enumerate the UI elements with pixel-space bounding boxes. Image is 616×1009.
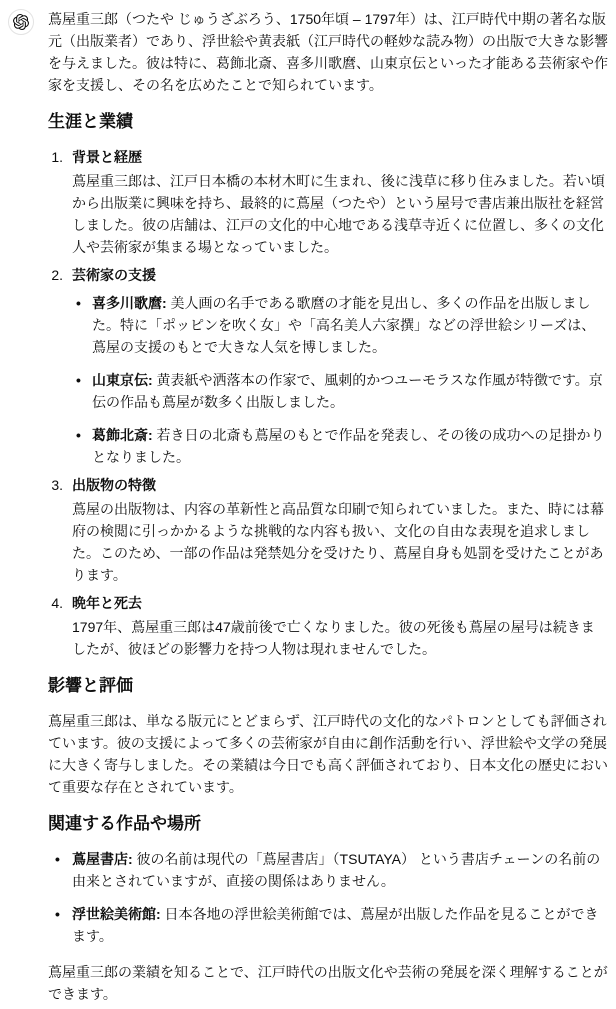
list-item-title: 芸術家の支援 <box>72 264 608 286</box>
list-number: 1. <box>48 146 72 258</box>
message-content: 蔦屋重三郎（つたや じゅうざぶろう、1750年頃 – 1797年）は、江戸時代中… <box>48 8 608 1005</box>
closing-paragraph: 蔦屋重三郎の業績を知ることで、江戸時代の出版文化や芸術の発展を深く理解することが… <box>48 961 608 1005</box>
heading-related-works-places: 関連する作品や場所 <box>48 812 608 836</box>
numbered-list: 1. 背景と経歴 蔦屋重三郎は、江戸日本橋の本材木町に生まれ、後に浅草に移り住み… <box>48 146 608 660</box>
heading-influence-evaluation: 影響と評価 <box>48 674 608 698</box>
assistant-message: 蔦屋重三郎（つたや じゅうざぶろう、1750年頃 – 1797年）は、江戸時代中… <box>0 0 616 1009</box>
bullet-term: 山東京伝: <box>92 372 153 388</box>
influence-paragraph: 蔦屋重三郎は、単なる版元にとどまらず、江戸時代の文化的なパトロンとしても評価され… <box>48 710 608 798</box>
bullet-icon: • <box>72 369 92 413</box>
list-item-title: 晩年と死去 <box>72 592 608 614</box>
related-bullet-list: • 蔦屋書店: 彼の名前は現代の「蔦屋書店」（TSUTAYA） という書店チェー… <box>48 848 608 947</box>
list-number: 4. <box>48 592 72 660</box>
bullet-desc: 美人画の名手である歌麿の才能を見出し、多くの作品を出版しました。特に「ポッピンを… <box>92 295 595 355</box>
list-item-publications: 3. 出版物の特徴 蔦屋の出版物は、内容の革新性と高品質な印刷で知られていました… <box>48 474 608 586</box>
bullet-icon: • <box>72 292 92 358</box>
bullet-desc: 黄表紙や洒落本の作家で、風刺的かつユーモラスな作風が特徴です。京伝の作品も蔦屋が… <box>92 372 603 410</box>
list-number: 3. <box>48 474 72 586</box>
bullet-item-tsutaya-shoten: • 蔦屋書店: 彼の名前は現代の「蔦屋書店」（TSUTAYA） という書店チェー… <box>48 848 608 892</box>
bullet-icon: • <box>48 848 72 892</box>
list-number: 2. <box>48 264 72 468</box>
list-item-late-years: 4. 晩年と死去 1797年、蔦屋重三郎は47歳前後で亡くなりました。彼の死後も… <box>48 592 608 660</box>
bullet-item-ukiyoe-museum: • 浮世絵美術館: 日本各地の浮世絵美術館では、蔦屋が出版した作品を見ることがで… <box>48 903 608 947</box>
bullet-desc: 若き日の北斎も蔦屋のもとで作品を発表し、その後の成功への足掛かりとなりました。 <box>92 427 605 465</box>
bullet-term: 蔦屋書店: <box>72 851 133 867</box>
list-item-title: 背景と経歴 <box>72 146 608 168</box>
bullet-term: 葛飾北斎: <box>92 427 153 443</box>
bullet-icon: • <box>48 903 72 947</box>
openai-logo-icon <box>13 14 29 30</box>
bullet-desc: 彼の名前は現代の「蔦屋書店」（TSUTAYA） という書店チェーンの名前の由来と… <box>72 851 600 889</box>
bullet-item-kyoden: • 山東京伝: 黄表紙や洒落本の作家で、風刺的かつユーモラスな作風が特徴です。京… <box>72 369 608 413</box>
assistant-avatar <box>8 9 34 35</box>
list-item-body: 1797年、蔦屋重三郎は47歳前後で亡くなりました。彼の死後も蔦屋の屋号は続きま… <box>72 616 608 660</box>
list-item-body: 蔦屋の出版物は、内容の革新性と高品質な印刷で知られていました。また、時には幕府の… <box>72 498 608 586</box>
bullet-term: 浮世絵美術館: <box>72 906 161 922</box>
heading-life-and-achievements: 生涯と業績 <box>48 110 608 134</box>
intro-paragraph: 蔦屋重三郎（つたや じゅうざぶろう、1750年頃 – 1797年）は、江戸時代中… <box>48 8 608 96</box>
list-item-background: 1. 背景と経歴 蔦屋重三郎は、江戸日本橋の本材木町に生まれ、後に浅草に移り住み… <box>48 146 608 258</box>
bullet-icon: • <box>72 424 92 468</box>
list-item-title: 出版物の特徴 <box>72 474 608 496</box>
bullet-item-utamaro: • 喜多川歌麿: 美人画の名手である歌麿の才能を見出し、多くの作品を出版しました… <box>72 292 608 358</box>
list-item-body: 蔦屋重三郎は、江戸日本橋の本材木町に生まれ、後に浅草に移り住みました。若い頃から… <box>72 170 608 258</box>
nested-bullet-list: • 喜多川歌麿: 美人画の名手である歌麿の才能を見出し、多くの作品を出版しました… <box>72 292 608 468</box>
bullet-item-hokusai: • 葛飾北斎: 若き日の北斎も蔦屋のもとで作品を発表し、その後の成功への足掛かり… <box>72 424 608 468</box>
list-item-artist-support: 2. 芸術家の支援 • 喜多川歌麿: 美人画の名手である歌麿の才能を見出し、多く… <box>48 264 608 468</box>
bullet-term: 喜多川歌麿: <box>92 295 167 311</box>
